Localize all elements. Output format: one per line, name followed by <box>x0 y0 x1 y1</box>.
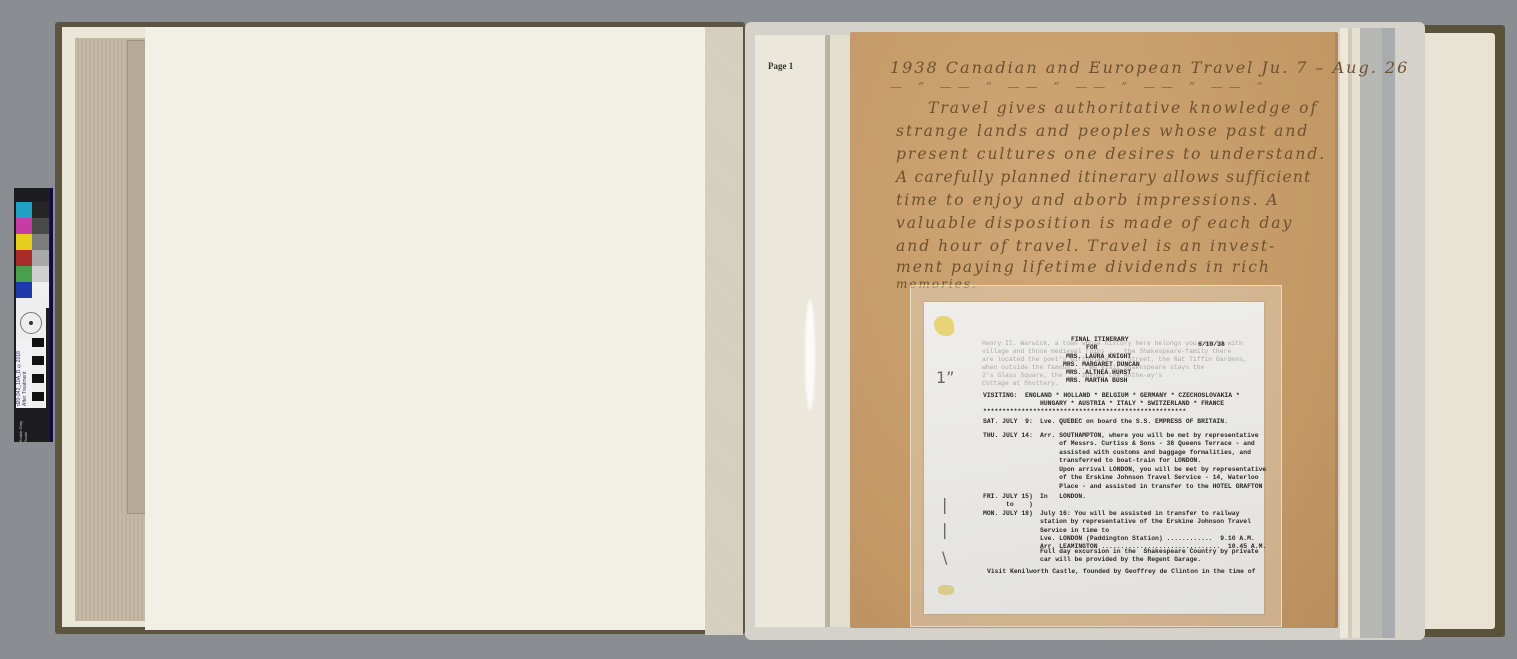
yellow-swatch <box>16 234 33 250</box>
pencil-mark: | <box>942 495 947 514</box>
gray-swatch-4 <box>32 250 49 266</box>
entry-date: THU. JULY 14: <box>983 432 1033 440</box>
linen-hinge <box>705 27 743 635</box>
handwritten-line: present cultures one desires to understa… <box>896 145 1326 163</box>
tape-residue <box>938 585 954 595</box>
green-swatch <box>16 266 33 282</box>
entry-text: Upon arrival LONDON, you will be met by … <box>1040 466 1266 491</box>
handwritten-line: valuable disposition is made of each day <box>896 214 1293 232</box>
color-calibration-target: d20-342_10A_D ©2018 After Treatment Koda… <box>14 188 53 442</box>
gray-swatch-3 <box>32 234 49 250</box>
pencil-mark: | <box>942 520 947 539</box>
handwritten-line: and hour of travel. Travel is an invest- <box>896 237 1276 255</box>
blue-swatch <box>16 282 33 298</box>
bleed-through-line: Cottage at Shottery. <box>982 380 1059 388</box>
entry-text: In LONDON. July 16: You will be assisted… <box>1040 493 1266 552</box>
cyan-swatch <box>16 202 33 218</box>
separator: ****************************************… <box>983 408 1186 416</box>
interleaf-page[interactable] <box>755 35 828 627</box>
sleeve-glare <box>805 300 815 410</box>
magenta-swatch <box>16 218 33 234</box>
handwritten-line: Travel gives authoritative knowledge of <box>928 99 1318 117</box>
red-swatch <box>16 250 33 266</box>
entry-text: Full day excursion in the Shakespeare Co… <box>1040 548 1259 565</box>
pencil-mark: \ <box>942 548 947 567</box>
gray-swatch-6 <box>32 282 49 298</box>
traveler-name: MRS. MARTHA BUSH <box>1066 377 1127 385</box>
target-footer: Kodak Gray Scale <box>18 416 28 442</box>
ruler-scale <box>32 338 44 408</box>
itinerary-date: 6/10/38 <box>1198 341 1225 349</box>
page-edges <box>1340 28 1395 638</box>
handwritten-line: A carefully planned itinerary allows suf… <box>896 168 1312 186</box>
bullseye-icon <box>16 308 46 338</box>
entry-text: Arr. SOUTHAMPTON, where you will be met … <box>1040 432 1259 466</box>
right-endpaper <box>1420 33 1495 629</box>
gray-swatch-1 <box>32 202 49 218</box>
target-label: d20-342_10A_D ©2018 After Treatment <box>16 340 30 406</box>
visiting-label: VISITING: <box>983 392 1018 400</box>
itinerary-for: FOR <box>1086 344 1098 352</box>
entry-text: Lve. QUEBEC on board the S.S. EMPRESS OF… <box>1040 418 1228 426</box>
page-number-label: Page 1 <box>768 61 793 71</box>
entry-date: FRI. JULY 15) to ) MON. JULY 18) <box>983 493 1033 518</box>
itinerary-footer-line: Visit Kenilworth Castle, founded by Geof… <box>987 568 1255 576</box>
gray-swatch-5 <box>32 266 49 282</box>
handwritten-line: time to enjoy and aborb impressions. A <box>896 191 1280 209</box>
handwritten-line: strange lands and peoples whose past and <box>896 122 1309 140</box>
pencil-mark: 1” <box>936 368 954 387</box>
handwritten-line: ment paying lifetime dividends in rich <box>896 258 1271 276</box>
blank-left-page[interactable] <box>145 27 705 630</box>
handwritten-title: 1938 Canadian and European Travel Ju. 7 … <box>890 58 1409 77</box>
itinerary-title: FINAL ITINERARY <box>1071 336 1129 344</box>
ditto-marks: — ” —— ” —— ” —— ” —— ” —— ” <box>890 80 1269 94</box>
entry-date: SAT. JULY 9: <box>983 418 1033 426</box>
gray-swatch-2 <box>32 218 49 234</box>
white-strip <box>16 298 49 308</box>
